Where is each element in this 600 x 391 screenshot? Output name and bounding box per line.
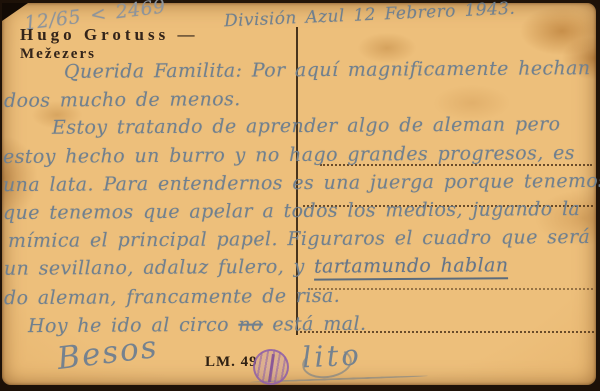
address-dotted-line	[308, 288, 593, 290]
signature-name: lito	[301, 337, 362, 374]
message-line: Estoy tratando de aprender algo de alema…	[52, 113, 561, 139]
postcard-scan: Hugo Grotuss — Mežezers 12/65 < 2469 Div…	[2, 3, 596, 385]
print-code: LM. 49	[205, 354, 258, 371]
message-line: una lata. Para entendernos es una juerga…	[3, 170, 600, 196]
crossed-out-word: no	[238, 314, 263, 336]
purple-monogram-stamp-icon	[253, 349, 289, 385]
handwritten-dateline: División Azul 12 Febrero 1943.	[224, 0, 516, 31]
message-line: doos mucho de menos.	[4, 88, 241, 112]
message-line: Querida Familita: Por aquí magnificament…	[64, 57, 591, 83]
message-line: Hoy he ido al circo no está mal.	[28, 313, 367, 337]
message-segment: está mal.	[263, 313, 367, 336]
message-line: un sevillano, adaluz fulero, y tartamund…	[4, 254, 509, 280]
message-line: que tenemos que apelar a todos los medio…	[3, 198, 580, 224]
message-line: do aleman, francamente de risa.	[4, 285, 340, 309]
message-line: mímica el principal papel. Figuraros el …	[8, 226, 590, 252]
message-line: estoy hecho un burro y no hago grandes p…	[3, 142, 575, 168]
underlined-phrase: tartamundo hablan	[314, 254, 508, 280]
message-segment: un sevillano, adaluz fulero, y	[4, 256, 314, 280]
